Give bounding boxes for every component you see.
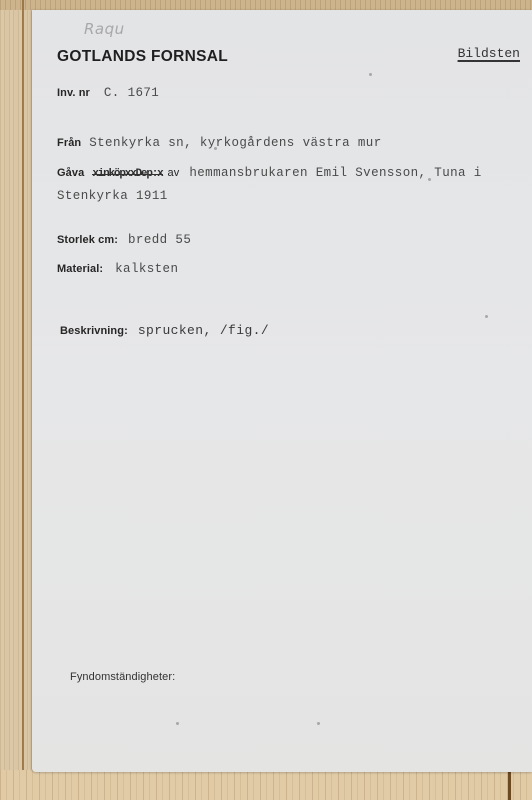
institution-heading: GOTLANDS FORNSAL <box>57 48 228 66</box>
category-label: Bildsten <box>458 46 520 61</box>
inventory-value: C. 1671 <box>104 86 159 100</box>
wooden-background-bottom <box>0 770 532 800</box>
paper-speck <box>317 722 320 725</box>
catalog-card: Raqu GOTLANDS FORNSAL Bildsten Inv. nr C… <box>32 10 532 772</box>
paper-speck <box>369 73 372 76</box>
find-circumstances-row: Fyndomständigheter: <box>70 667 175 685</box>
gift-row: Gåva xinköpxxDep:x av hemmansbrukaren Em… <box>57 163 482 181</box>
struck-out-text: xinköpxxDep:x <box>92 168 162 180</box>
wood-seam <box>22 0 24 800</box>
material-value: kalksten <box>115 262 178 276</box>
gift-label: Gåva <box>57 167 84 179</box>
paper-speck <box>176 722 179 725</box>
find-circumstances-label: Fyndomständigheter: <box>70 671 175 683</box>
origin-row: Från Stenkyrka sn, kyrkogårdens västra m… <box>57 133 382 151</box>
description-label: Beskrivning: <box>60 325 128 337</box>
gift-row-continued: Stenkyrka 1911 <box>57 186 168 204</box>
gift-value-line1: hemmansbrukaren Emil Svensson, Tuna i <box>189 166 481 180</box>
wooden-background-top <box>0 0 532 10</box>
description-row: Beskrivning: sprucken, /fig./ <box>60 321 269 339</box>
inventory-label: Inv. nr <box>57 87 90 99</box>
origin-label: Från <box>57 137 81 149</box>
material-label: Material: <box>57 263 103 275</box>
gift-connector: av <box>168 167 180 179</box>
paper-speck <box>485 315 488 318</box>
material-row: Material: kalksten <box>57 259 178 277</box>
size-value: bredd 55 <box>128 233 191 247</box>
gift-value-line2: Stenkyrka 1911 <box>57 189 168 203</box>
size-label: Storlek cm: <box>57 234 118 246</box>
origin-value: Stenkyrka sn, kyrkogårdens västra mur <box>89 136 381 150</box>
handwritten-note: Raqu <box>84 20 125 38</box>
size-row: Storlek cm: bredd 55 <box>57 230 191 248</box>
description-value: sprucken, /fig./ <box>138 323 269 338</box>
inventory-row: Inv. nr C. 1671 <box>57 83 159 101</box>
